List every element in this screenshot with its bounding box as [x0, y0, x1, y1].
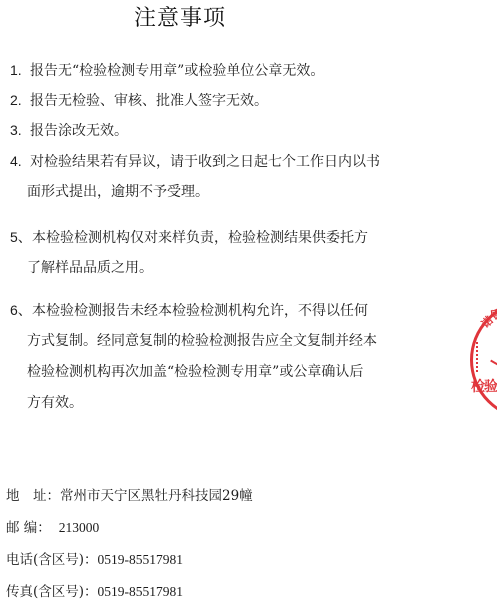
phone-label: 电话(含区号)： [6, 548, 98, 568]
notice-item-3: 3.报告涂改无效。 [10, 121, 128, 140]
phone-value: 0519-85517981 [98, 552, 184, 567]
fax-label: 传真(含区号)： [6, 580, 98, 600]
notice-item-1: 1.报告无“检验检测专用章”或检验单位公章无效。 [10, 61, 324, 80]
seal-dots [476, 342, 480, 372]
item-number: 5、 [10, 228, 32, 246]
seal-text: 检验检 [471, 376, 497, 396]
item-text: 报告涂改无效。 [30, 123, 128, 139]
notice-item-5-cont: 了解样品品质之用。 [27, 259, 153, 277]
item-number: 4. [10, 152, 30, 170]
address-value: 常州市天宁区黑牡丹科技园29幢 [60, 488, 253, 504]
postcode-row: 邮 编：213000 [6, 516, 99, 536]
item-number: 6、 [10, 301, 32, 319]
notice-item-2: 2.报告无检验、审核、批准人签字无效。 [10, 91, 268, 110]
page-title: 注意事项 [0, 1, 360, 32]
notice-item-4-cont: 面形式提出，逾期不予受理。 [27, 183, 209, 201]
notice-item-4: 4.对检验结果若有异议，请于收到之日起七个工作日内以书 [10, 152, 380, 171]
notice-item-6-cont-3: 方有效。 [27, 394, 83, 412]
notice-item-6-cont-1: 方式复制。经同意复制的检验检测报告应全文复制并经本 [27, 332, 377, 350]
address-row: 地 址：常州市天宁区黑牡丹科技园29幢 [6, 484, 253, 504]
postcode-label: 邮 编： [6, 516, 51, 536]
fax-row: 传真(含区号)：0519-85517981 [6, 580, 183, 600]
address-label: 地 址： [6, 484, 60, 504]
item-number: 1. [10, 61, 30, 79]
item-number: 3. [10, 121, 30, 139]
notice-item-5: 5、本检验检测机构仅对来样负责，检验检测结果供委托方 [10, 228, 368, 247]
fax-value: 0519-85517981 [98, 584, 184, 599]
item-text: 本检验检测机构仅对来样负责，检验检测结果供委托方 [32, 230, 368, 246]
official-seal: 诺食 检验检 [468, 298, 497, 426]
item-text: 报告无“检验检测专用章”或检验单位公章无效。 [30, 63, 324, 79]
postcode-value: 213000 [59, 520, 100, 535]
notice-item-6-cont-2: 检验检测机构再次加盖“检验检测专用章”或公章确认后 [27, 363, 363, 381]
phone-row: 电话(含区号)：0519-85517981 [6, 548, 183, 568]
item-text: 报告无检验、审核、批准人签字无效。 [30, 93, 268, 109]
notice-item-6: 6、本检验检测报告未经本检验检测机构允许，不得以任何 [10, 301, 368, 320]
item-text: 对检验结果若有异议，请于收到之日起七个工作日内以书 [30, 154, 380, 170]
item-text: 本检验检测报告未经本检验检测机构允许，不得以任何 [32, 303, 368, 319]
item-number: 2. [10, 91, 30, 109]
